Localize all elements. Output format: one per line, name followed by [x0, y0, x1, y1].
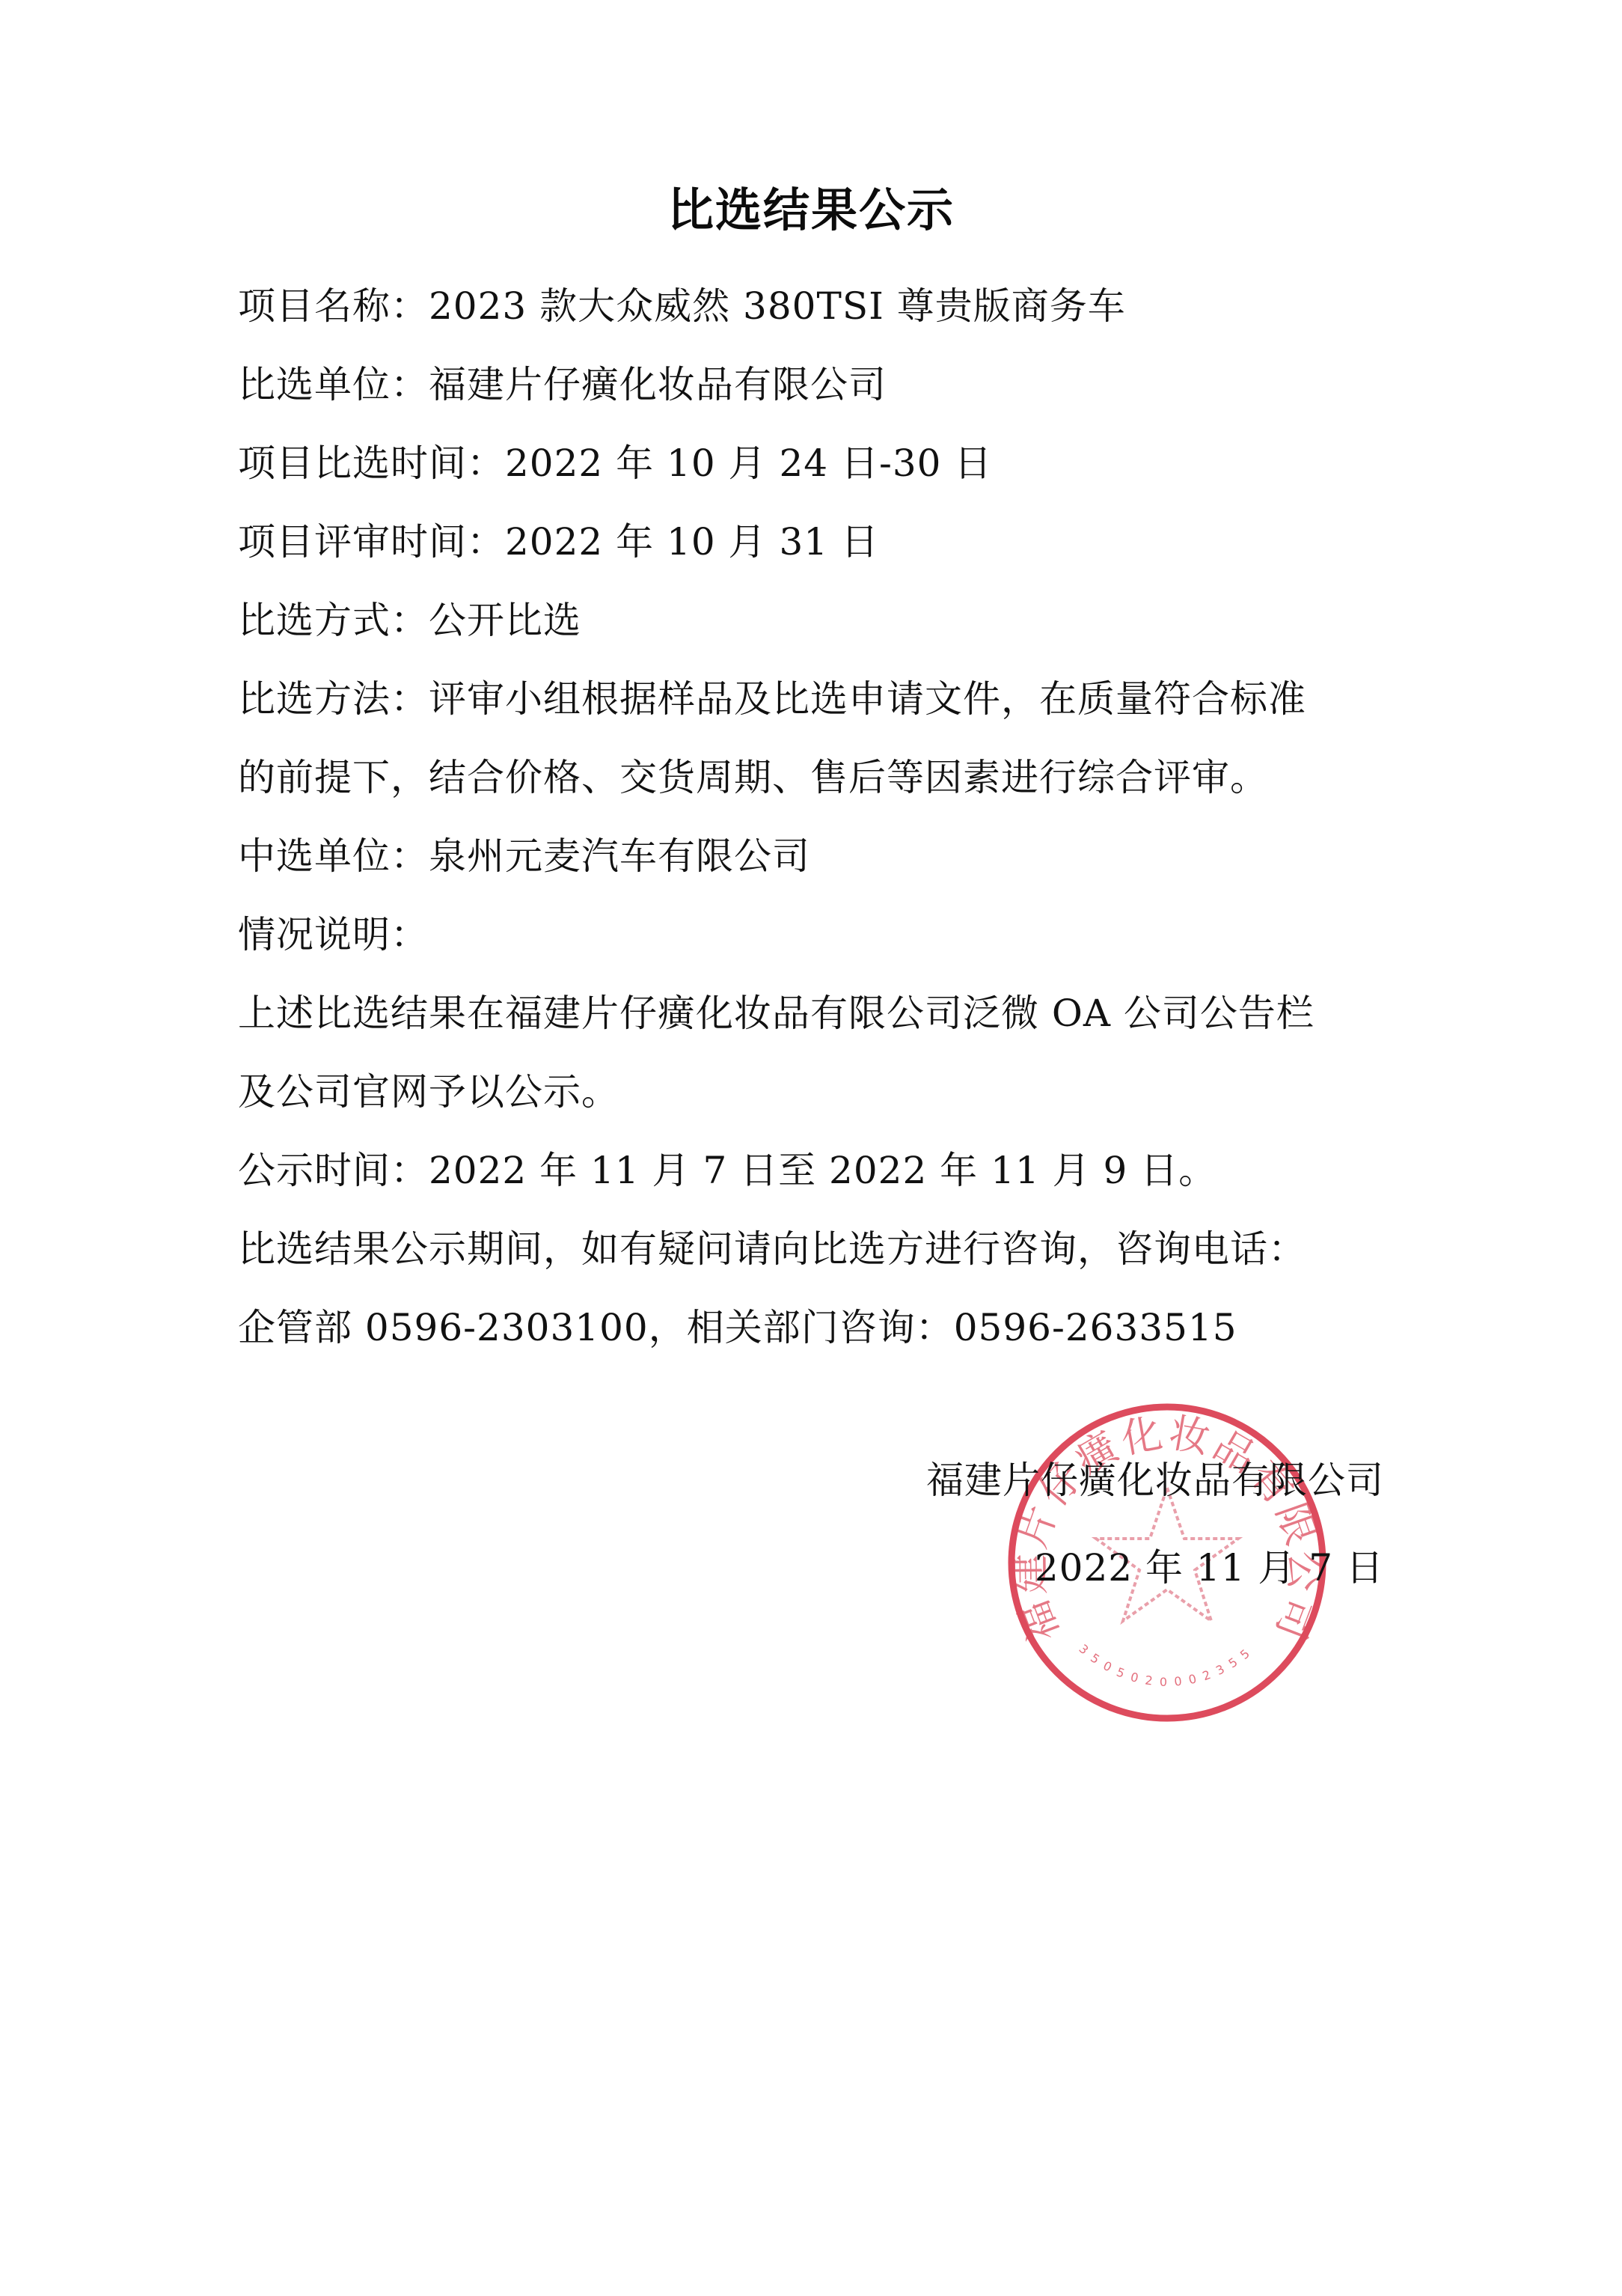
winning-unit-line: 中选单位：泉州元麦汽车有限公司: [238, 817, 1405, 896]
line-label: 项目比选时间：: [238, 442, 505, 485]
document-page: 比选结果公示 项目名称：2023 款大众威然 380TSI 尊贵版商务车 比选单…: [0, 0, 1622, 2296]
line-value: 2023 款大众威然 380TSI 尊贵版商务车: [429, 284, 1126, 328]
situation-text-line: 上述比选结果在福建片仔癀化妆品有限公司泛微 OA 公司公告栏: [238, 974, 1405, 1053]
situation-label-line: 情况说明：: [238, 896, 1405, 974]
line-label: 比选方法：: [238, 677, 429, 721]
selection-method-line: 比选方法：评审小组根据样品及比选申请文件，在质量符合标准: [238, 660, 1405, 739]
publicity-period-line: 公示时间：2022 年 11 月 7 日至 2022 年 11 月 9 日。: [238, 1132, 1405, 1210]
line-value: 比选结果公示期间，如有疑问请向比选方进行咨询，咨询电话：: [238, 1227, 1306, 1271]
selection-method-continued-line: 的前提下，结合价格、交货周期、售后等因素进行综合评审。: [238, 739, 1405, 817]
stamp-serial: 3505020002355: [1077, 1641, 1258, 1688]
line-label: 项目评审时间：: [238, 520, 505, 564]
line-value: 福建片仔癀化妆品有限公司: [429, 363, 887, 406]
selection-unit-line: 比选单位：福建片仔癀化妆品有限公司: [238, 346, 1405, 424]
signature-block: 福建片仔癀化妆品有限公司 2022 年 11 月 7 日: [926, 1437, 1384, 1612]
svg-text:3505020002355: 3505020002355: [1077, 1641, 1258, 1688]
line-value: 的前提下，结合价格、交货周期、售后等因素进行综合评审。: [238, 756, 1268, 799]
line-label: 比选方式：: [238, 599, 429, 642]
signature-company: 福建片仔癀化妆品有限公司: [926, 1437, 1384, 1524]
inquiry-note-line: 比选结果公示期间，如有疑问请向比选方进行咨询，咨询电话：: [238, 1210, 1405, 1289]
selection-mode-line: 比选方式：公开比选: [238, 581, 1405, 660]
line-value: 2022 年 11 月 7 日至 2022 年 11 月 9 日。: [429, 1149, 1216, 1192]
line-label: 比选单位：: [238, 363, 429, 406]
line-value: 及公司官网予以公示。: [238, 1070, 619, 1114]
contact-phones-line: 企管部 0596-2303100，相关部门咨询：0596-2633515: [238, 1289, 1405, 1367]
line-value: 泉州元麦汽车有限公司: [429, 834, 810, 878]
line-value: 评审小组根据样品及比选申请文件，在质量符合标准: [429, 677, 1306, 721]
line-label: 情况说明：: [238, 913, 429, 956]
line-value: 上述比选结果在福建片仔癀化妆品有限公司泛微 OA 公司公告栏: [238, 992, 1315, 1035]
document-body: 项目名称：2023 款大众威然 380TSI 尊贵版商务车 比选单位：福建片仔癀…: [238, 267, 1405, 1367]
review-date-line: 项目评审时间：2022 年 10 月 31 日: [238, 503, 1405, 581]
situation-text-continued-line: 及公司官网予以公示。: [238, 1053, 1405, 1132]
line-value: 公开比选: [429, 599, 581, 642]
line-value: 2022 年 10 月 24 日-30 日: [505, 442, 992, 485]
line-value: 2022 年 10 月 31 日: [505, 520, 879, 564]
line-label: 项目名称：: [238, 284, 429, 328]
document-title: 比选结果公示: [0, 177, 1622, 244]
line-value: 企管部 0596-2303100，相关部门咨询：0596-2633515: [238, 1306, 1237, 1349]
project-name-line: 项目名称：2023 款大众威然 380TSI 尊贵版商务车: [238, 267, 1405, 346]
line-label: 中选单位：: [238, 834, 429, 878]
signature-date: 2022 年 11 月 7 日: [926, 1524, 1384, 1612]
line-label: 公示时间：: [238, 1149, 429, 1192]
selection-period-line: 项目比选时间：2022 年 10 月 24 日-30 日: [238, 424, 1405, 503]
